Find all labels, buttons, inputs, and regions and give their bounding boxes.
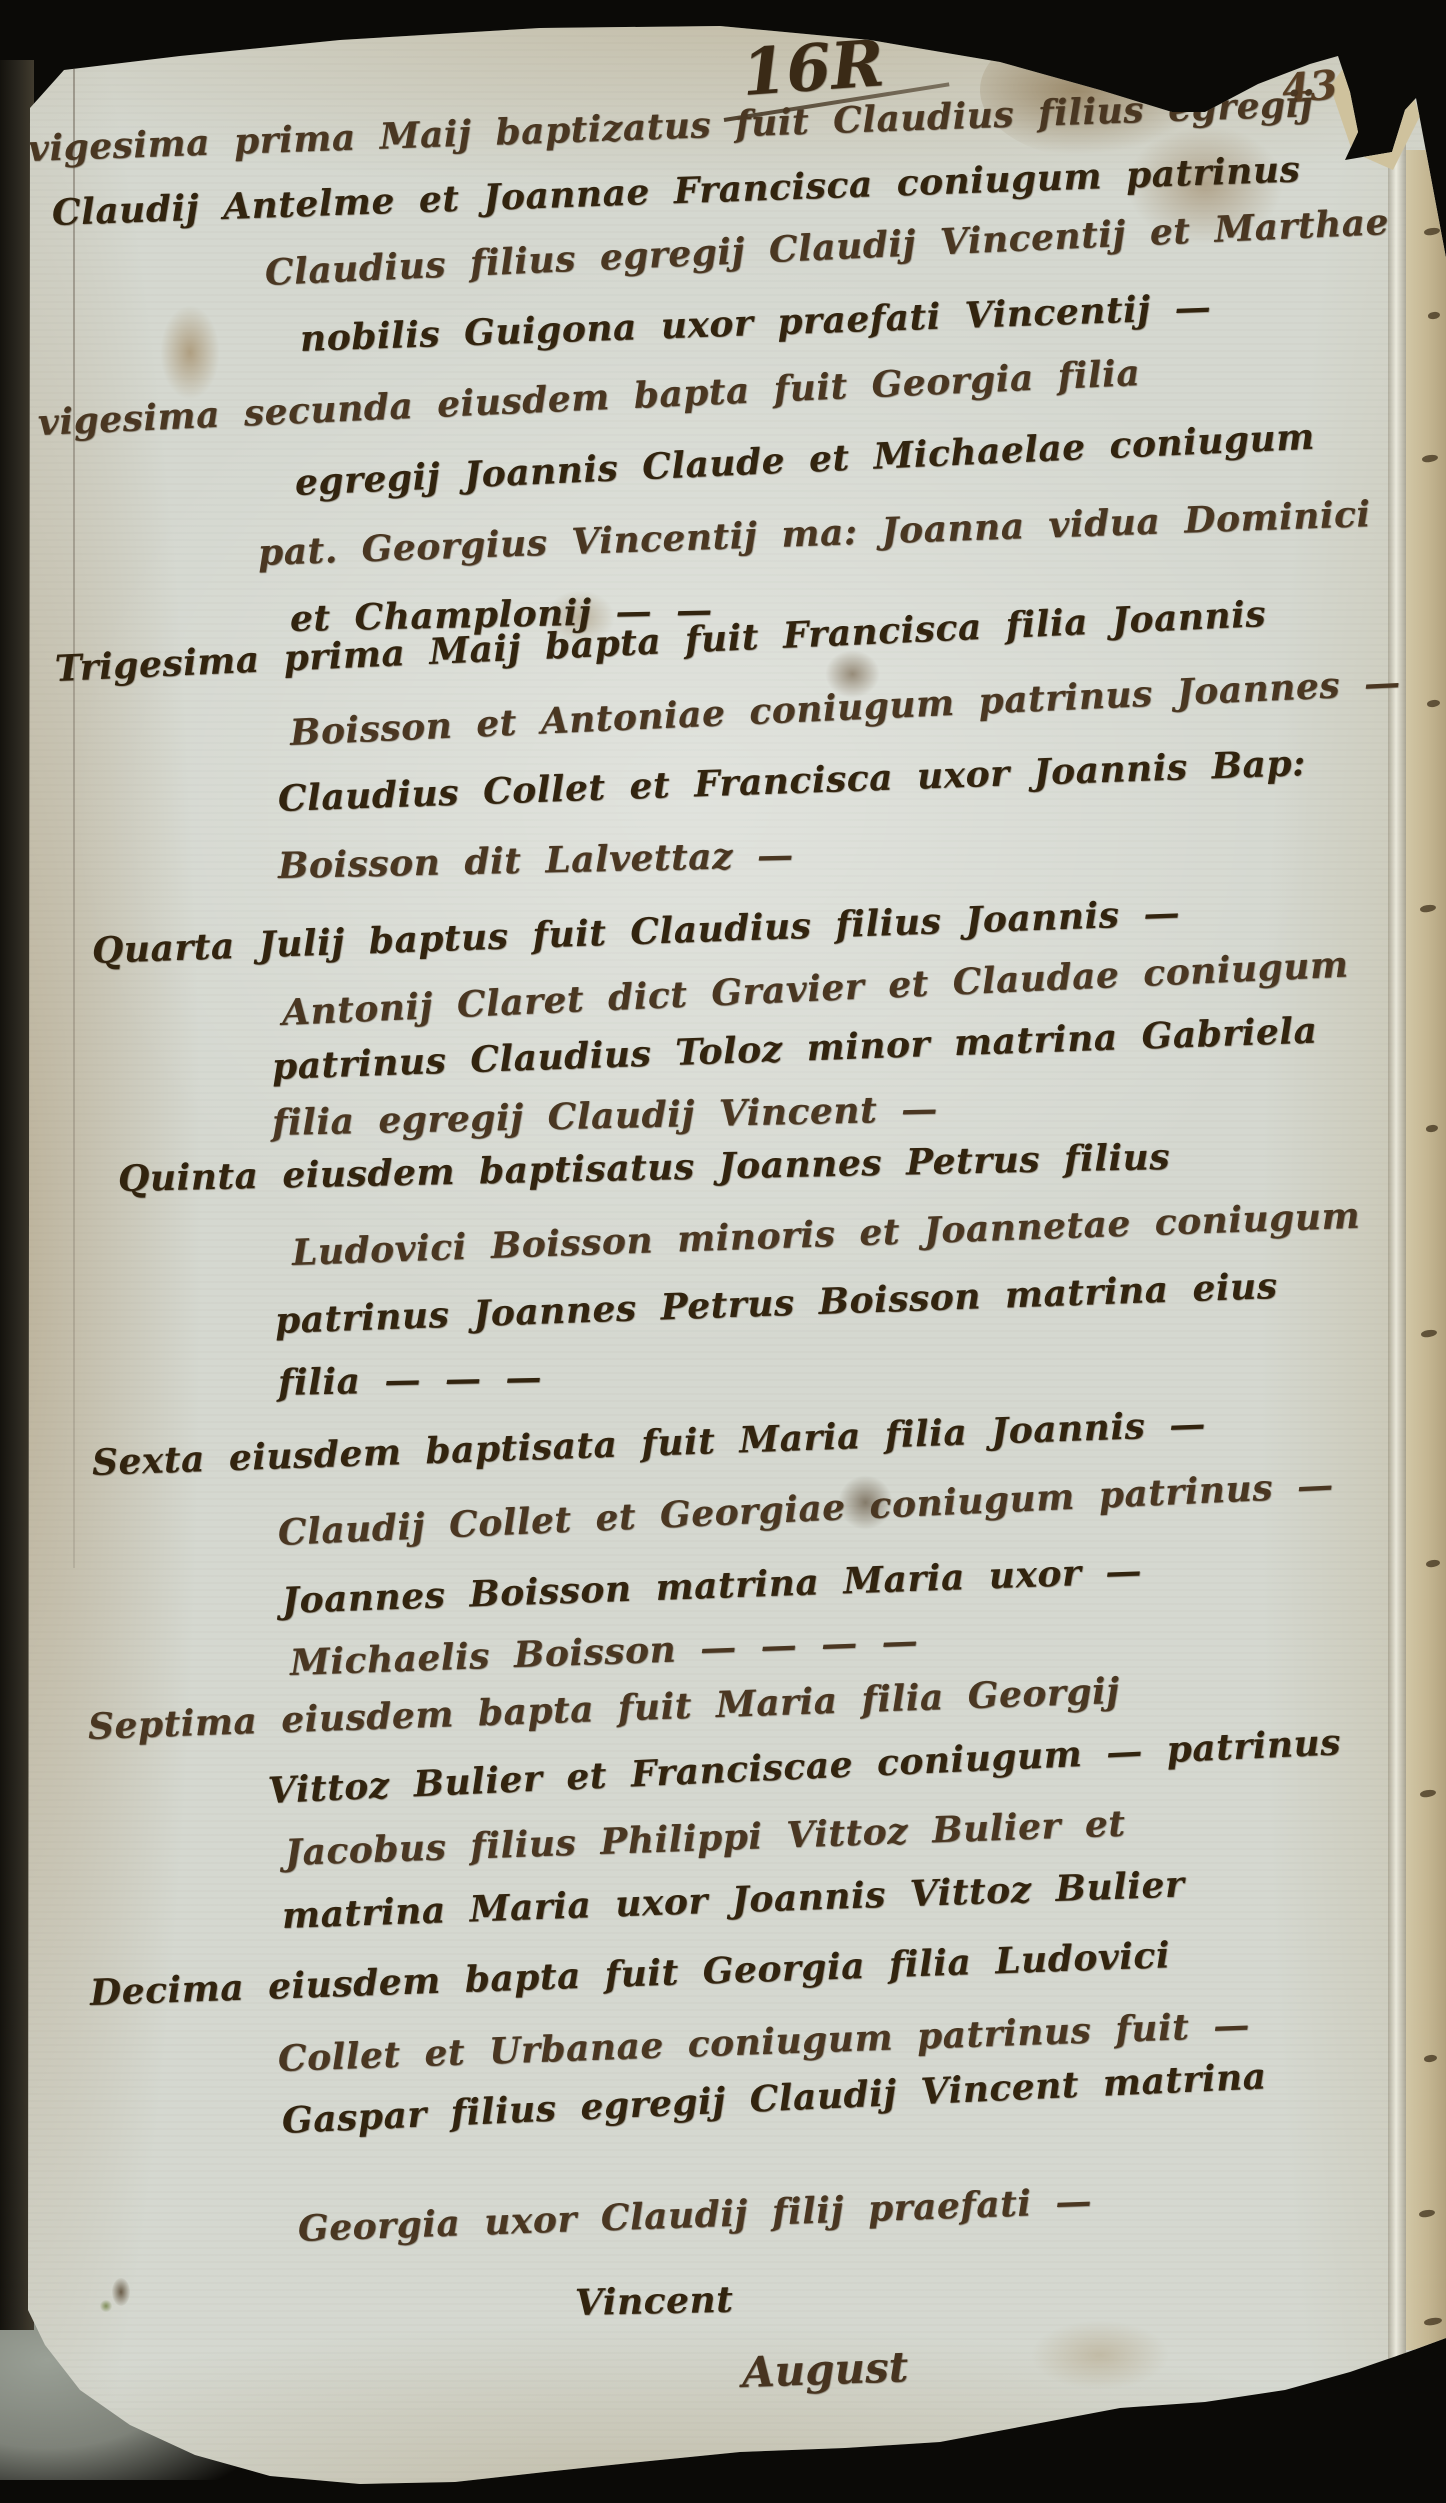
entry-line: Sexta eiusdem baptisata fuit Maria filia… [91, 1403, 1206, 1484]
entry-line: Septima eiusdem bapta fuit Maria filia G… [87, 1670, 1120, 1748]
entry-line: pat. Georgius Vincentij ma: Joanna vidua… [257, 493, 1371, 574]
entry-line: Claudius Collet et Francisca uxor Joanni… [277, 742, 1306, 820]
manuscript-photo: 16R 43 vigesima prima Maij baptizatus fu… [0, 0, 1446, 2503]
ink-blot [112, 2278, 130, 2306]
entry-line: Jacobus filius Philippi Vittoz Bulier et [284, 1803, 1126, 1874]
entry-line: Claudij Collet et Georgiae coniugum patr… [277, 1464, 1334, 1554]
month-header: August [741, 2342, 909, 2397]
entry-line: Ludovici Boisson minoris et Joannetae co… [291, 1195, 1360, 1274]
entry-line: filia — — — [278, 1356, 543, 1404]
entry-line: Georgia uxor Claudij filij praefati — [297, 2180, 1092, 2250]
entry-line: patrinus Joannes Petrus Boisson matrina … [274, 1265, 1278, 1342]
entry-line: Boisson dit Lalvettaz — [278, 834, 794, 887]
entry-line: Quinta eiusdem baptisatus Joannes Petrus… [118, 1136, 1171, 1200]
entry-line: egregij Joannis Claude et Michaelae coni… [294, 416, 1316, 504]
entry-line: nobilis Guigona uxor praefati Vincentij … [299, 286, 1212, 360]
entry-line: Michaelis Boisson — — — — [289, 1620, 919, 1684]
ink-stain [160, 305, 220, 400]
paper-stain [1030, 2320, 1170, 2390]
entry-line: filia egregij Claudij Vincent — [272, 1088, 939, 1144]
page-crease [1388, 140, 1406, 2370]
entry-line: Joannes Boisson matrina Maria uxor — [281, 1550, 1142, 1622]
entry-line: Vincent [575, 2279, 734, 2324]
green-fleck [100, 2300, 112, 2312]
entry-line: Decima eiusdem bapta fuit Georgia filia … [89, 1934, 1170, 2014]
manuscript-page: 16R 43 vigesima prima Maij baptizatus fu… [0, 0, 1446, 2503]
margin-rule-line [73, 58, 75, 1568]
entry-line: matrina Maria uxor Joannis Vittoz Bulier [281, 1864, 1185, 1937]
facing-page-fore-edge [1406, 150, 1446, 2350]
